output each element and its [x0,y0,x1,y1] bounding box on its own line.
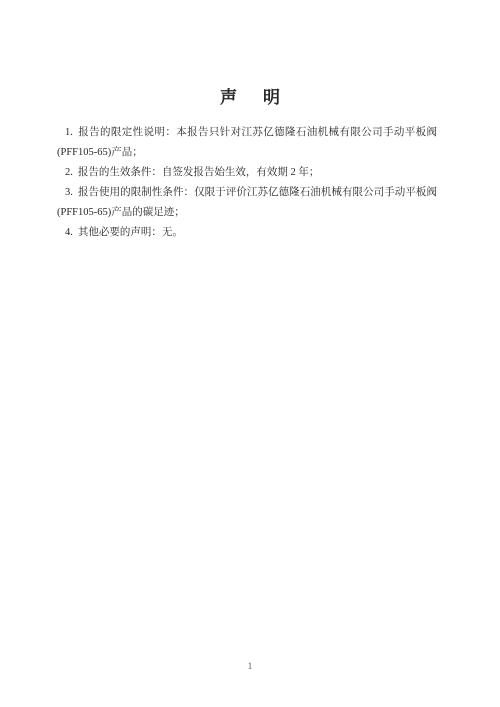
item-number: 4. [65,227,73,238]
statement-item-4: 4.其他必要的声明：无。 [57,223,437,243]
statement-item-2: 2.报告的生效条件：自签发报告始生效，有效期 2 年； [57,163,437,183]
page-footer: 1 [0,661,500,673]
document-page: 声明 1.报告的限定性说明：本报告只针对江苏亿德隆石油机械有限公司手动平板阀(P… [0,0,500,707]
item-text: 其他必要的声明：无。 [78,227,183,238]
item-text: 报告使用的限制性条件：仅限于评价江苏亿德隆石油机械有限公司手动平板阀(PFF10… [57,187,437,218]
item-number: 1. [65,127,73,138]
statement-list: 1.报告的限定性说明：本报告只针对江苏亿德隆石油机械有限公司手动平板阀(PFF1… [57,123,437,243]
item-number: 3. [65,187,73,198]
page-number: 1 [248,662,253,672]
item-text: 报告的限定性说明：本报告只针对江苏亿德隆石油机械有限公司手动平板阀(PFF105… [57,127,437,158]
statement-item-3: 3.报告使用的限制性条件：仅限于评价江苏亿德隆石油机械有限公司手动平板阀(PFF… [57,183,437,223]
item-number: 2. [65,167,73,178]
item-text: 报告的生效条件：自签发报告始生效，有效期 2 年； [78,167,320,178]
page-title: 声明 [0,0,500,108]
statement-item-1: 1.报告的限定性说明：本报告只针对江苏亿德隆石油机械有限公司手动平板阀(PFF1… [57,123,437,163]
